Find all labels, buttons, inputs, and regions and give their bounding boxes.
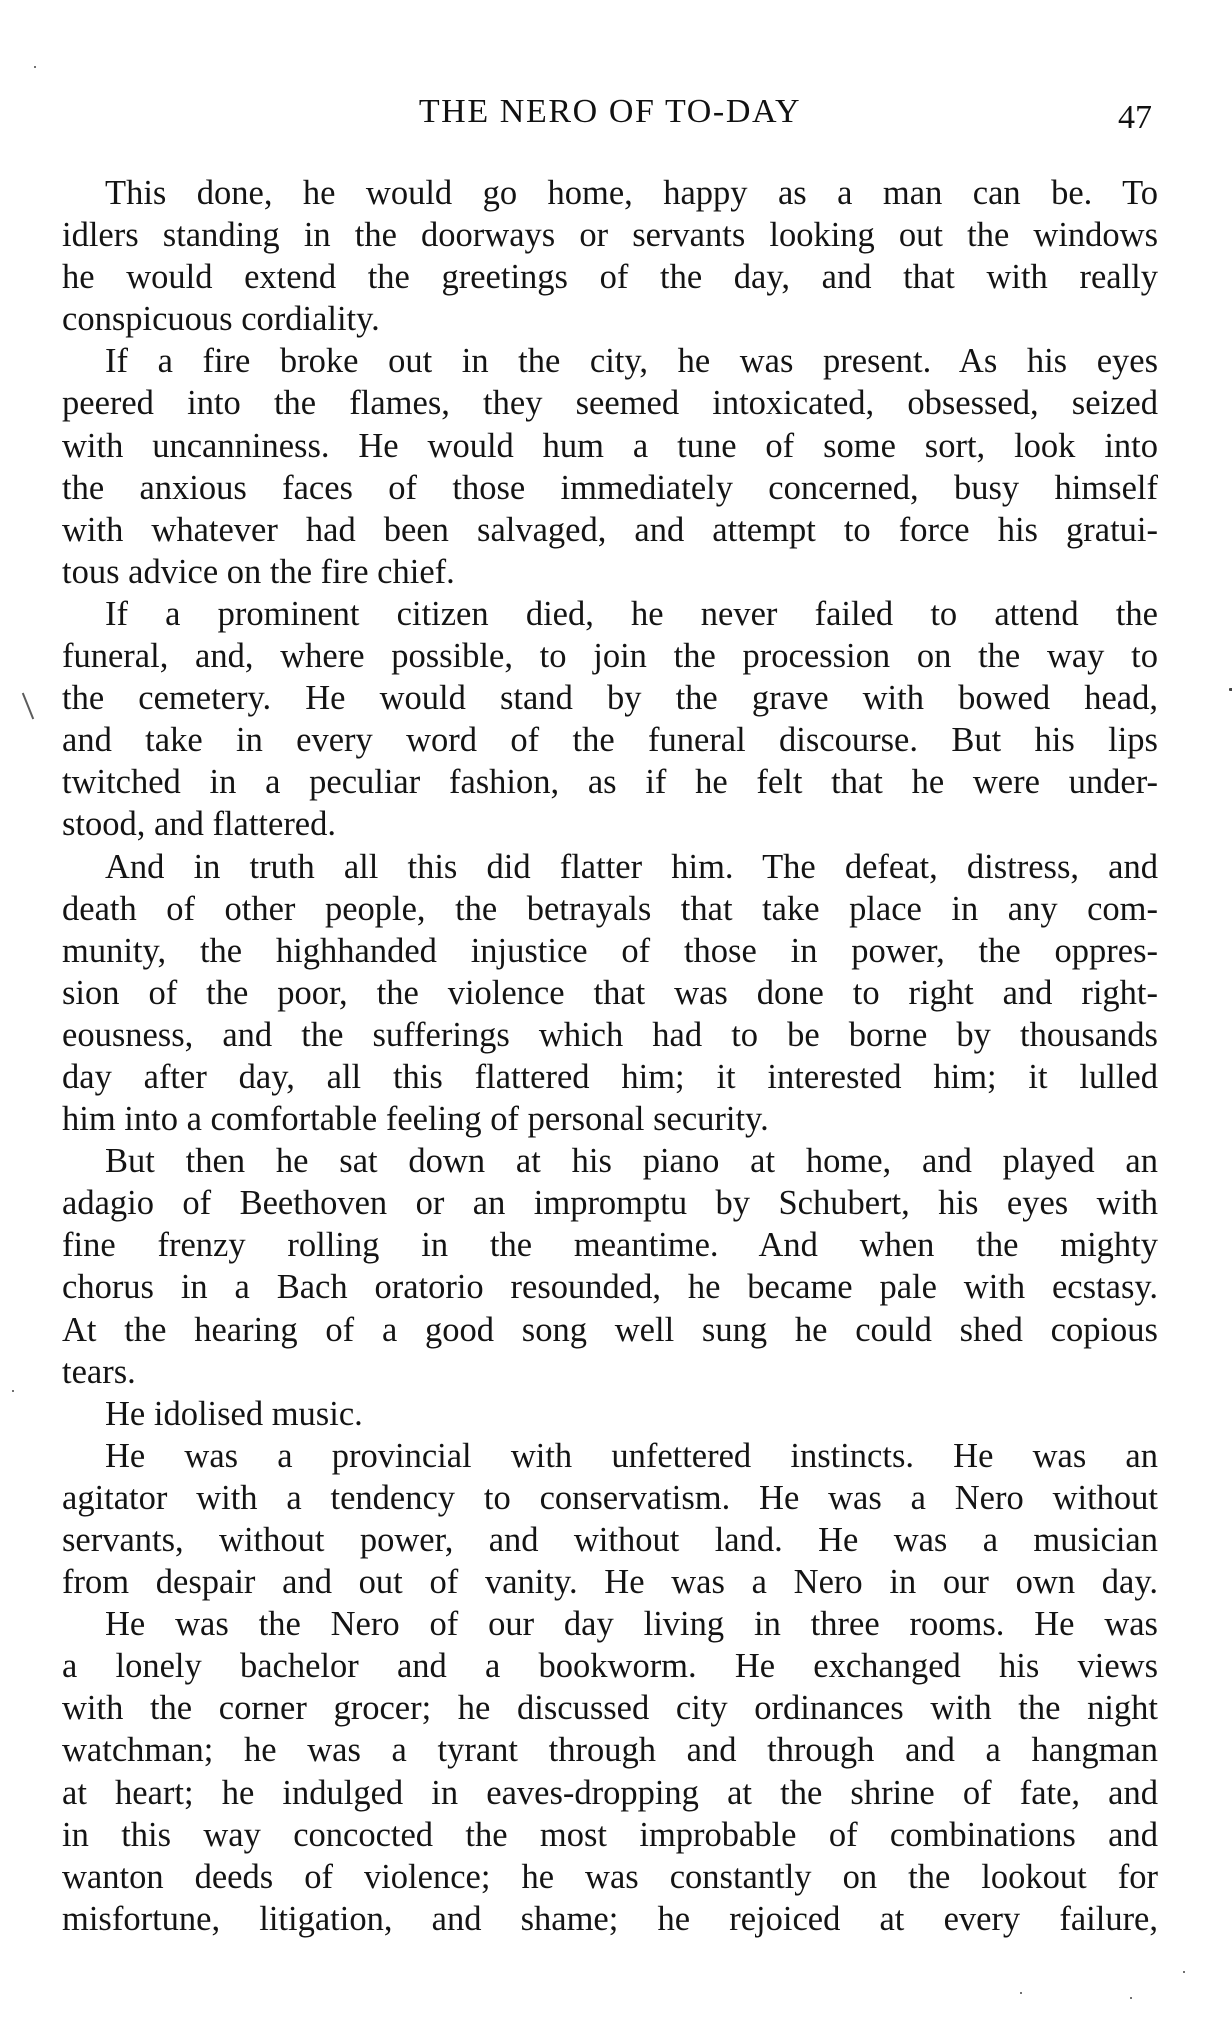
text-line: fine frenzy rolling in the meantime. And…: [62, 1224, 1158, 1266]
text-line: adagio of Beethoven or an impromptu by S…: [62, 1182, 1158, 1224]
paragraph: He idolised music.: [62, 1393, 1158, 1435]
text-line: If a fire broke out in the city, he was …: [62, 340, 1158, 382]
text-line: he would extend the greetings of the day…: [62, 256, 1158, 298]
text-line: twitched in a peculiar fashion, as if he…: [62, 761, 1158, 803]
text-line: chorus in a Bach oratorio resounded, he …: [62, 1266, 1158, 1308]
text-line: At the hearing of a good song well sung …: [62, 1309, 1158, 1351]
text-line: And in truth all this did flatter him. T…: [62, 846, 1158, 888]
text-line: tous advice on the fire chief.: [62, 551, 1158, 593]
running-title: THE NERO OF TO-DAY: [343, 92, 877, 132]
text-line: wanton deeds of violence; he was constan…: [62, 1856, 1158, 1898]
scan-speck: [12, 1390, 14, 1392]
page-header: THE NERO OF TO-DAY 47: [0, 92, 1232, 136]
text-line: But then he sat down at his piano at hom…: [62, 1140, 1158, 1182]
text-line: munity, the highhanded injustice of thos…: [62, 930, 1158, 972]
text-line: He idolised music.: [62, 1393, 1158, 1435]
scan-speck: [1183, 1971, 1185, 1973]
text-line: death of other people, the betrayals tha…: [62, 888, 1158, 930]
paragraph: And in truth all this did flatter him. T…: [62, 846, 1158, 1141]
text-line: tears.: [62, 1351, 1158, 1393]
text-line: with whatever had been salvaged, and att…: [62, 509, 1158, 551]
text-line: watchman; he was a tyrant through and th…: [62, 1729, 1158, 1771]
scan-speck: [34, 66, 36, 68]
text-line: If a prominent citizen died, he never fa…: [62, 593, 1158, 635]
text-line: He was a provincial with unfettered inst…: [62, 1435, 1158, 1477]
text-line: in this way concocted the most improbabl…: [62, 1814, 1158, 1856]
text-line: eousness, and the sufferings which had t…: [62, 1014, 1158, 1056]
text-line: stood, and flattered.: [62, 803, 1158, 845]
paragraph: This done, he would go home, happy as a …: [62, 172, 1158, 340]
text-line: the cemetery. He would stand by the grav…: [62, 677, 1158, 719]
text-line: He was the Nero of our day living in thr…: [62, 1603, 1158, 1645]
text-line: him into a comfortable feeling of person…: [62, 1098, 1158, 1140]
paragraph: If a prominent citizen died, he never fa…: [62, 593, 1158, 846]
page-number: 47: [1118, 98, 1152, 138]
text-line: the anxious faces of those immediately c…: [62, 467, 1158, 509]
body-text: This done, he would go home, happy as a …: [62, 172, 1158, 1940]
text-line: misfortune, litigation, and shame; he re…: [62, 1898, 1158, 1940]
text-line: a lonely bachelor and a bookworm. He exc…: [62, 1645, 1158, 1687]
text-line: with the corner grocer; he discussed cit…: [62, 1687, 1158, 1729]
paragraph: If a fire broke out in the city, he was …: [62, 340, 1158, 593]
paragraph: He was the Nero of our day living in thr…: [62, 1603, 1158, 1940]
text-line: and take in every word of the funeral di…: [62, 719, 1158, 761]
text-line: from despair and out of vanity. He was a…: [62, 1561, 1158, 1603]
scan-speck: [1020, 1992, 1022, 1994]
scan-speck: [1130, 1997, 1132, 1999]
text-line: at heart; he indulged in eaves-dropping …: [62, 1772, 1158, 1814]
text-line: day after day, all this flattered him; i…: [62, 1056, 1158, 1098]
paragraph: He was a provincial with unfettered inst…: [62, 1435, 1158, 1603]
text-line: funeral, and, where possible, to join th…: [62, 635, 1158, 677]
text-line: sion of the poor, the violence that was …: [62, 972, 1158, 1014]
text-line: servants, without power, and without lan…: [62, 1519, 1158, 1561]
text-line: idlers standing in the doorways or serva…: [62, 214, 1158, 256]
paragraph: But then he sat down at his piano at hom…: [62, 1140, 1158, 1393]
text-line: agitator with a tendency to conservatism…: [62, 1477, 1158, 1519]
text-line: This done, he would go home, happy as a …: [62, 172, 1158, 214]
text-line: with uncanniness. He would hum a tune of…: [62, 425, 1158, 467]
text-line: peered into the flames, they seemed into…: [62, 382, 1158, 424]
text-line: conspicuous cordiality.: [62, 298, 1158, 340]
pencil-margin-mark: [22, 693, 34, 720]
